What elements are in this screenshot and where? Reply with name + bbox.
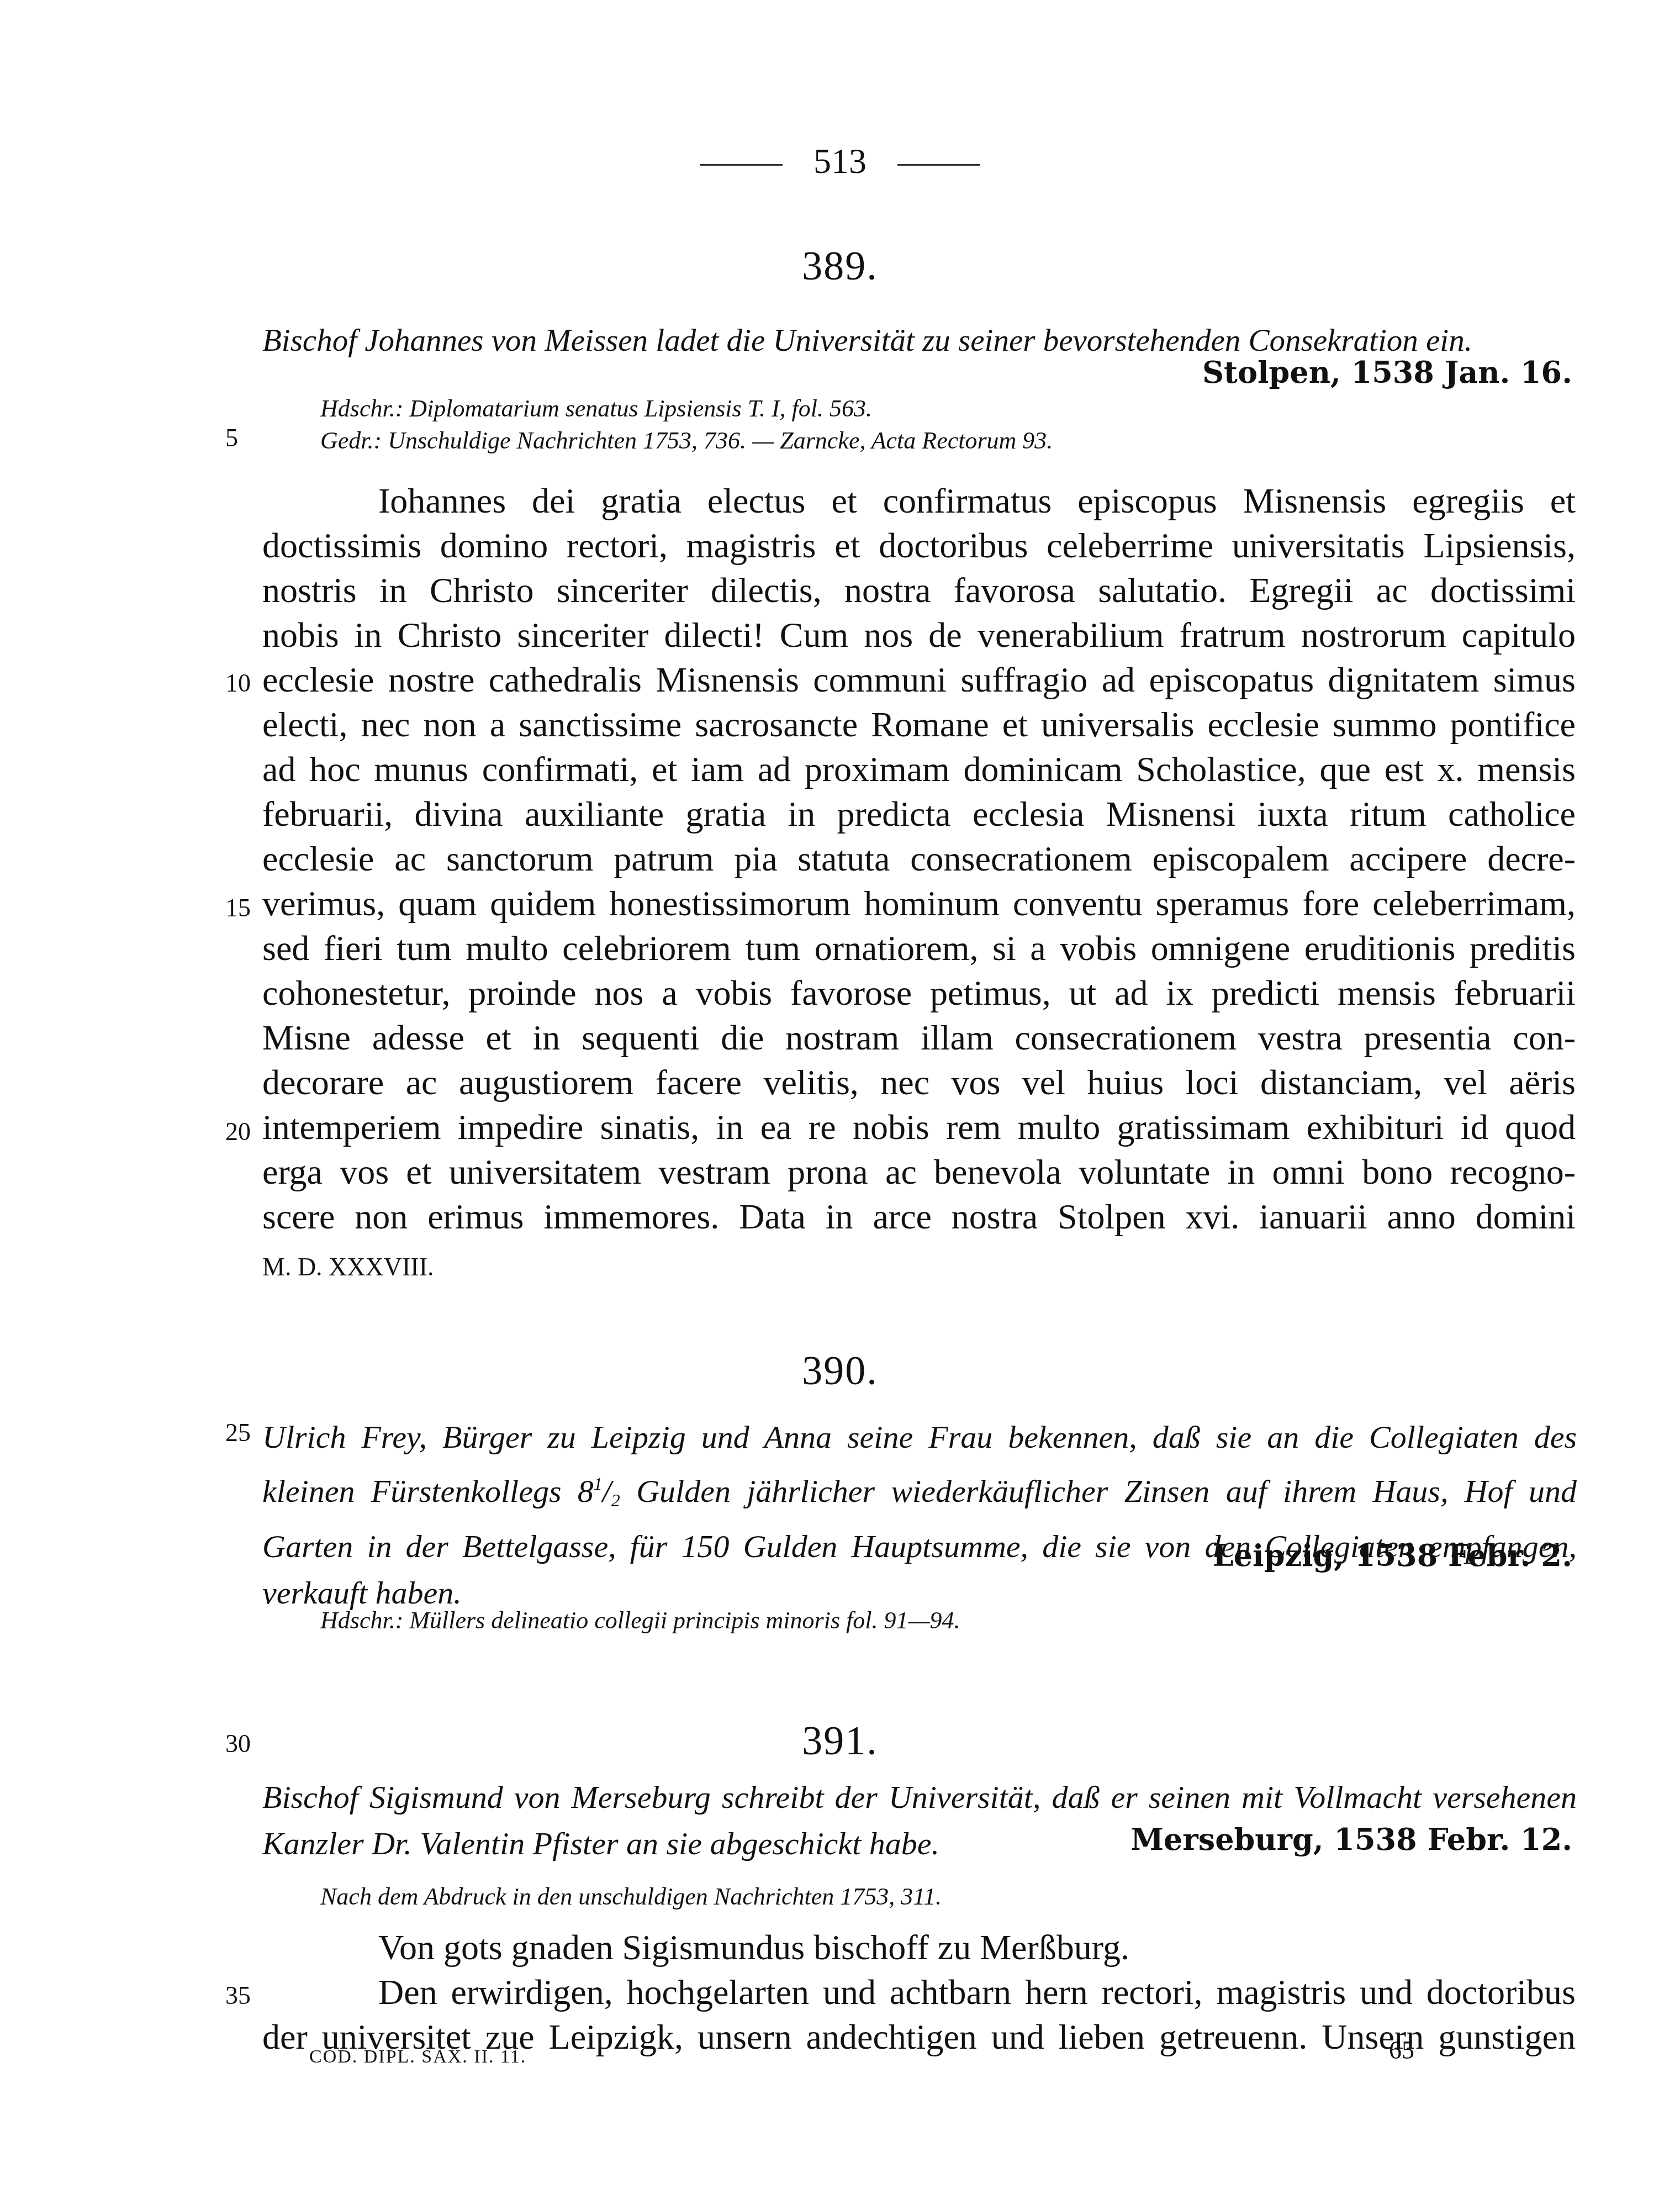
document-body-389: Iohannes dei gratia electus et confirmat… bbox=[262, 478, 1576, 1289]
place-date-390: Leipzig, 1538 Febr. 2. bbox=[1213, 1538, 1572, 1573]
document-body-391: Von gots gnaden Sigismundus bischoff zu … bbox=[262, 1925, 1576, 2059]
title-line: kleinen Fürstenkollegs 81/2 Gulden jährl… bbox=[262, 1460, 1577, 1523]
footer-signature: COD. DIPL. SAX. II. 11. bbox=[309, 2046, 526, 2067]
page-header: 513 bbox=[0, 141, 1680, 182]
footer-sheet-number: 65 bbox=[1389, 2035, 1414, 2065]
source-print-391: Nach dem Abdruck in den unschuldigen Nac… bbox=[320, 1878, 942, 1916]
body-line: februarii, divina auxiliante gratia in p… bbox=[262, 792, 1576, 836]
body-line: ecclesie ac sanctorum patrum pia statuta… bbox=[262, 836, 1576, 881]
body-line: Iohannes dei gratia electus et confirmat… bbox=[262, 478, 1576, 523]
body-line: doctissimis domino rectori, magistris et… bbox=[262, 523, 1576, 568]
body-line-date: M. D. XXXVIII. bbox=[262, 1244, 1576, 1289]
body-line: erga vos et universitatem vestram prona … bbox=[262, 1149, 1576, 1194]
document-page: 513 389. Bischof Johannes von Meissen la… bbox=[0, 0, 1680, 2189]
source-print-389: Gedr.: Unschuldige Nachrichten 1753, 736… bbox=[320, 422, 1053, 460]
fraction-denominator: 2 bbox=[611, 1490, 620, 1510]
body-line: decorare ac augustiorem facere velitis, … bbox=[262, 1060, 1576, 1105]
body-line: scere non erimus immemores. Data in arce… bbox=[262, 1194, 1576, 1239]
place-date-391: Merseburg, 1538 Febr. 12. bbox=[1130, 1822, 1572, 1857]
header-rule-right bbox=[897, 164, 980, 166]
fraction-numerator: 1 bbox=[594, 1474, 603, 1494]
title-line-part: kleinen Fürstenkollegs 8 bbox=[262, 1473, 594, 1509]
body-line: Von gots gnaden Sigismundus bischoff zu … bbox=[262, 1925, 1576, 1970]
body-line: nobis in Christo sinceriter dilecti! Cum… bbox=[262, 613, 1576, 657]
place-date-389: Stolpen, 1538 Jan. 16. bbox=[1202, 355, 1572, 390]
line-number-25: 25 bbox=[225, 1418, 258, 1447]
document-number-389: 389. bbox=[0, 243, 1680, 290]
line-number-15: 15 bbox=[225, 893, 258, 922]
body-line: Den erwirdigen, hochgelarten und achtbar… bbox=[262, 1970, 1576, 2014]
body-line: ecclesie nostre cathedralis Misnensis co… bbox=[262, 657, 1576, 702]
line-number-10: 10 bbox=[225, 668, 258, 698]
document-title-390: Ulrich Frey, Bürger zu Leipzig und Anna … bbox=[262, 1414, 1577, 1616]
title-line-part: Gulden jährlicher wiederkäuflicher Zinse… bbox=[636, 1473, 1577, 1509]
body-line: electi, nec non a sanctissime sacrosanct… bbox=[262, 702, 1576, 747]
line-number-35: 35 bbox=[225, 1981, 258, 2010]
body-line: cohonestetur, proinde nos a vobis favoro… bbox=[262, 970, 1576, 1015]
line-number-5: 5 bbox=[225, 423, 258, 452]
line-number-20: 20 bbox=[225, 1117, 258, 1146]
body-line: Misne adesse et in sequenti die nostram … bbox=[262, 1015, 1576, 1060]
title-line: Bischof Sigismund von Merseburg schreibt… bbox=[262, 1774, 1577, 1821]
title-line: Ulrich Frey, Bürger zu Leipzig und Anna … bbox=[262, 1414, 1577, 1460]
body-line: intemperiem impedire sinatis, in ea re n… bbox=[262, 1105, 1576, 1149]
body-line: sed fieri tum multo celebriorem tum orna… bbox=[262, 926, 1576, 970]
document-number-391: 391. bbox=[0, 1718, 1680, 1765]
header-rule-left bbox=[700, 164, 783, 166]
body-line: verimus, quam quidem honestissimorum hom… bbox=[262, 881, 1576, 926]
body-line: nostris in Christo sinceriter dilectis, … bbox=[262, 568, 1576, 613]
body-line: ad hoc munus confirmati, et iam ad proxi… bbox=[262, 747, 1576, 792]
source-manuscript-390: Hdschr.: Müllers delineatio collegii pri… bbox=[320, 1602, 960, 1639]
document-number-390: 390. bbox=[0, 1348, 1680, 1395]
page-number: 513 bbox=[813, 141, 867, 181]
